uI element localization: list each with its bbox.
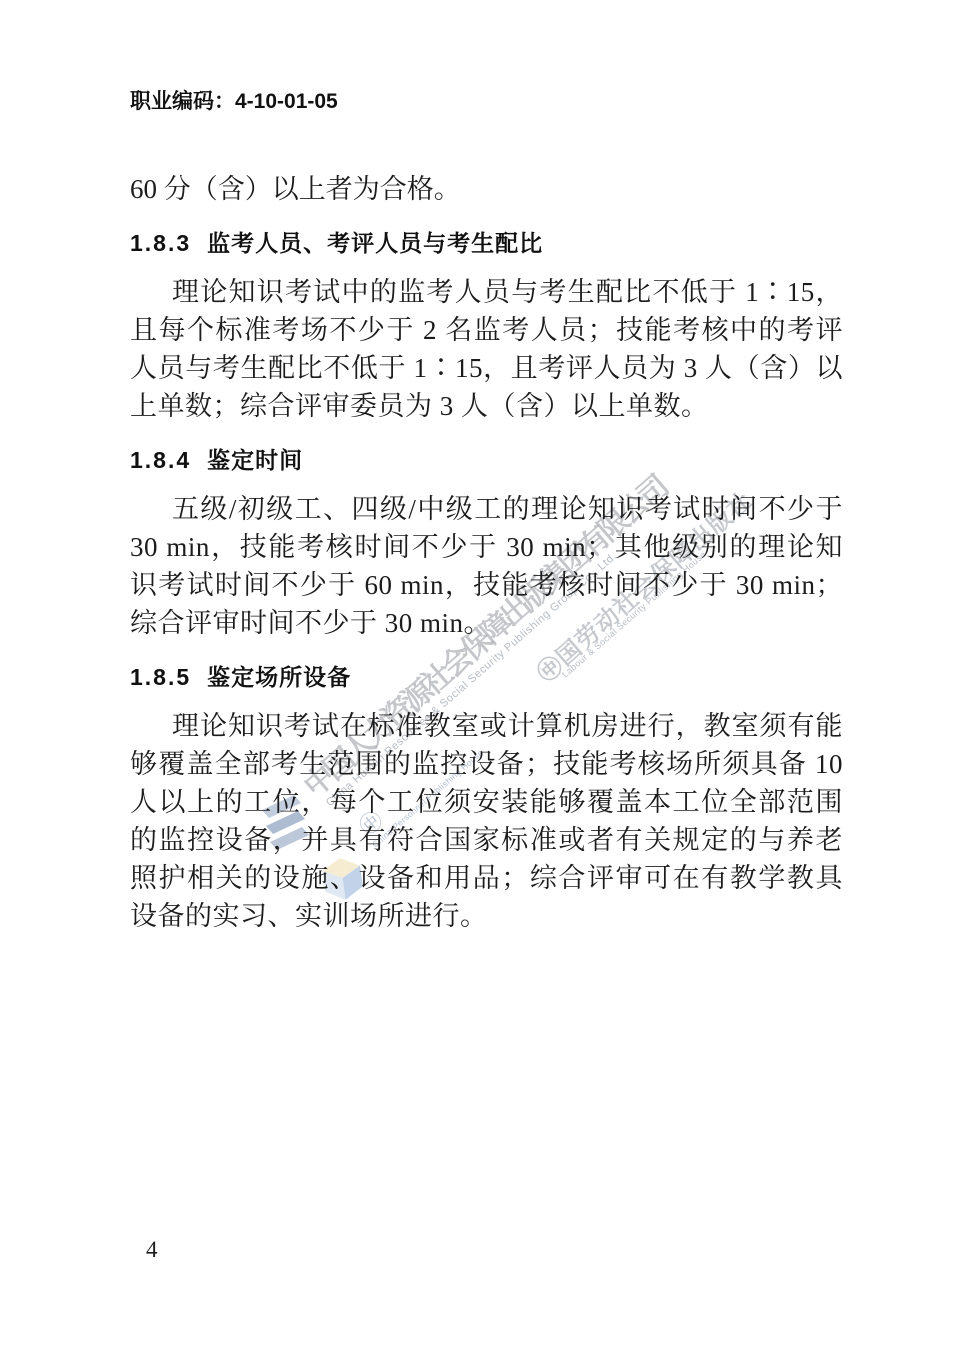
document-content: 职业编码：4-10-01-05 60 分（含）以上者为合格。 1.8.3监考人员… <box>0 0 970 935</box>
section-body-1-8-4: 五级/初级工、四级/中级工的理论知识考试时间不少于 30 min，技能考核时间不… <box>130 490 843 642</box>
intro-line: 60 分（含）以上者为合格。 <box>130 170 843 208</box>
section-heading-1-8-4: 1.8.4鉴定时间 <box>130 447 843 474</box>
section-title: 鉴定场所设备 <box>207 664 351 690</box>
section-title: 鉴定时间 <box>207 447 303 473</box>
section-body-1-8-5: 理论知识考试在标准教室或计算机房进行，教室须有能够覆盖全部考生范围的监控设备；技… <box>130 707 843 935</box>
occupation-code-header: 职业编码：4-10-01-05 <box>130 90 843 113</box>
section-heading-1-8-5: 1.8.5鉴定场所设备 <box>130 664 843 691</box>
section-number: 1.8.4 <box>130 447 191 473</box>
section-title: 监考人员、考评人员与考生配比 <box>207 230 543 256</box>
section-body-1-8-3: 理论知识考试中的监考人员与考生配比不低于 1∶15，且每个标准考场不少于 2 名… <box>130 273 843 425</box>
section-heading-1-8-3: 1.8.3监考人员、考评人员与考生配比 <box>130 230 843 257</box>
page-number: 4 <box>146 1237 158 1263</box>
section-number: 1.8.3 <box>130 230 191 256</box>
section-number: 1.8.5 <box>130 664 191 690</box>
document-page: 中国人力资源社会保障出版集团有限公司 China Human Resources… <box>0 0 970 1361</box>
